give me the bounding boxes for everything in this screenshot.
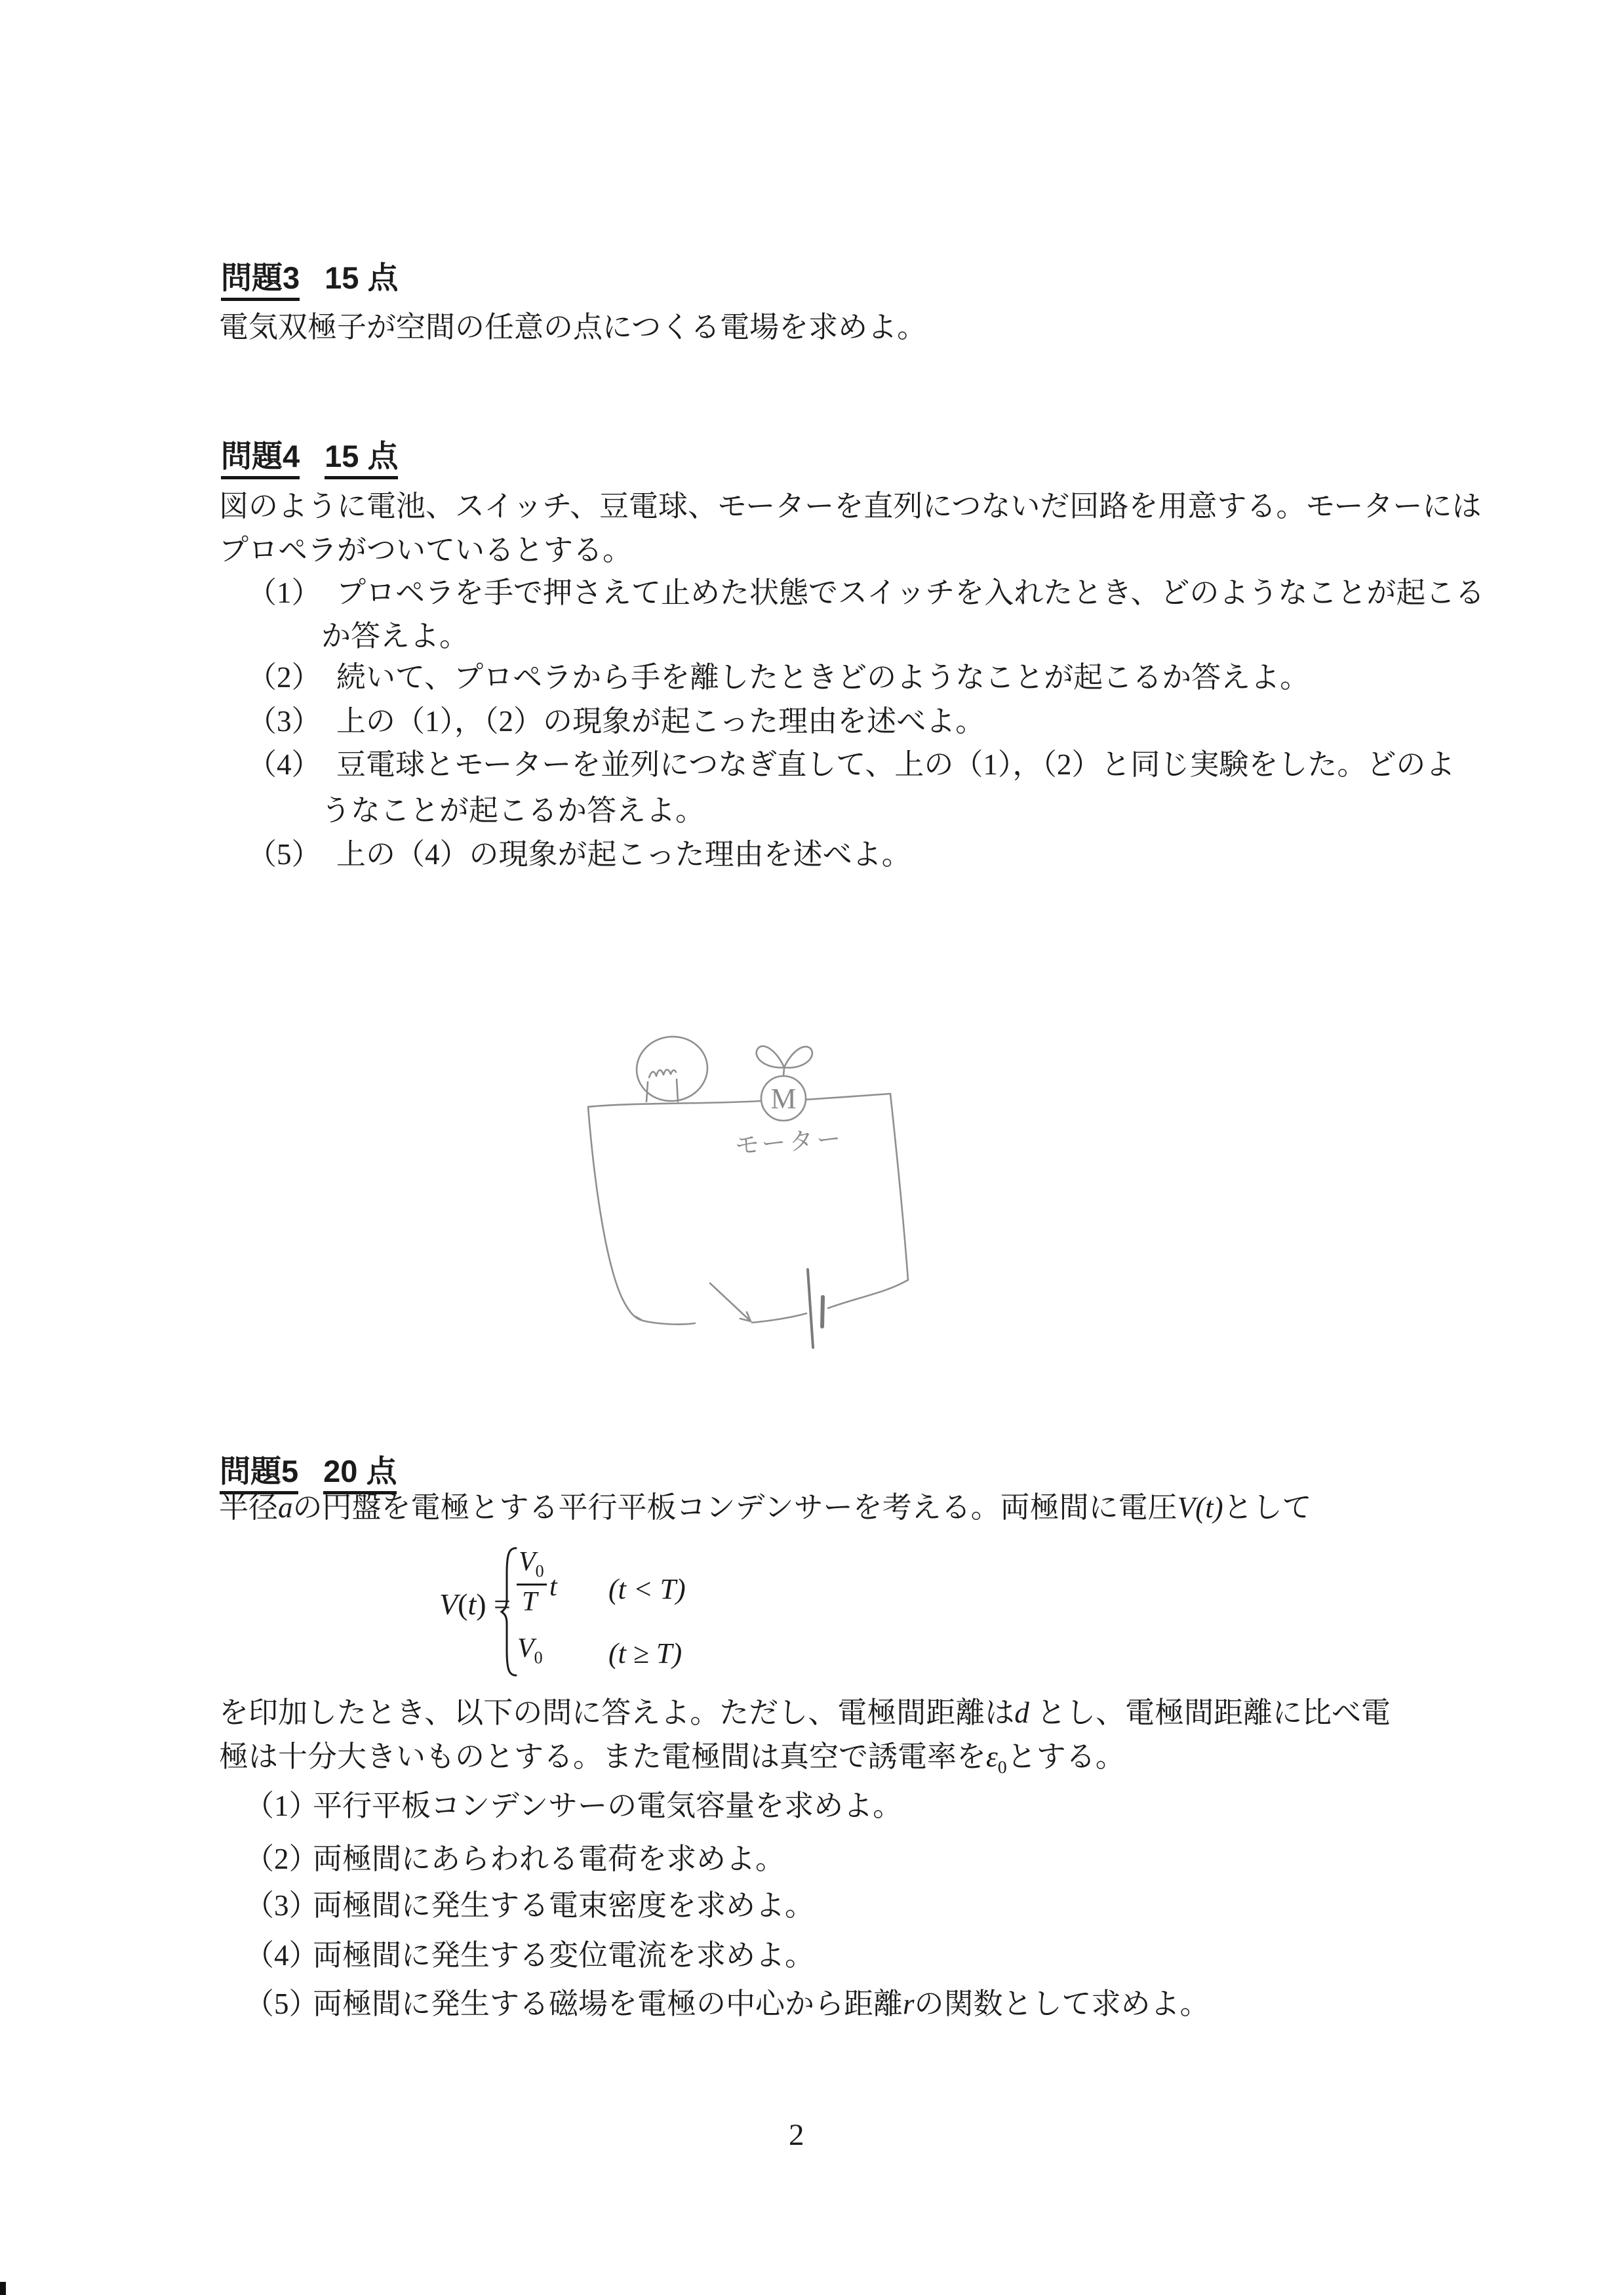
body-text: とし、電極間距離に比べ電 xyxy=(1029,1696,1391,1729)
body-text: 極は十分大きいものとする。また電極間は真空で誘電率を xyxy=(219,1740,986,1773)
item-text: 上の（4）の現象が起こった理由を述べよ。 xyxy=(336,838,911,871)
problem4-item-1-cont: か答えよ。 xyxy=(321,619,469,654)
formula-condition-2: (t ≥ T) xyxy=(608,1637,682,1670)
problem4-item-3: （3）上の（1），（2）の現象が起こった理由を述べよ。 xyxy=(247,704,985,739)
item-number: （4） xyxy=(245,1938,313,1973)
problem5-after-line1: を印加したとき、以下の問に答えよ。ただし、電極間距離はd とし、電極間距離に比べ… xyxy=(219,1696,1391,1730)
body-text: とする。 xyxy=(1007,1740,1125,1773)
problem4-header: 問題415 点 xyxy=(221,439,398,479)
var-r: r xyxy=(903,1987,915,2020)
problem5-item-4: （4）両極間に発生する変位電流を求めよ。 xyxy=(245,1938,814,1973)
intro-text: として xyxy=(1223,1491,1312,1524)
propeller-stem xyxy=(783,1068,784,1076)
var-a: a xyxy=(278,1491,293,1524)
bulb-filament-icon xyxy=(649,1069,676,1077)
circuit-diagram: M モーター xyxy=(557,1003,1016,1397)
problem5-after-line2: 極は十分大きいものとする。また電極間は真空で誘電率をε0とする。 xyxy=(219,1740,1125,1779)
problem3-points: 15 点 xyxy=(325,260,398,295)
problem5-points: 20 点 xyxy=(323,1454,397,1494)
wire-bottom-left xyxy=(636,1317,695,1325)
wire-top-right xyxy=(806,1094,890,1100)
problem5-item-1: （1）平行平板コンデンサーの電気容量を求めよ。 xyxy=(245,1789,902,1824)
wire-right xyxy=(890,1094,908,1280)
motor-label: モーター xyxy=(734,1125,845,1160)
problem5-header: 問題520 点 xyxy=(220,1454,397,1494)
formula-fraction-numerator: V0 xyxy=(519,1546,544,1581)
wire-top-left xyxy=(588,1101,761,1107)
battery-long-plate xyxy=(808,1269,813,1347)
formula-case2-value: V0 xyxy=(517,1633,543,1667)
item-text: 両極間に発生する磁場を電極の中心から距離 xyxy=(313,1987,903,2020)
wire-bottom-right xyxy=(828,1280,908,1308)
curly-brace-icon xyxy=(500,1546,519,1677)
problem4-title: 問題4 xyxy=(221,439,300,479)
problem4-item-5: （5）上の（4）の現象が起こった理由を述べよ。 xyxy=(247,837,911,872)
scan-artifact xyxy=(0,2282,6,2295)
wire-battery-to-switch xyxy=(752,1313,806,1323)
problem5-item-5: （5）両極間に発生する磁場を電極の中心から距離rの関数として求めよ。 xyxy=(245,1987,1210,2022)
body-text: を印加したとき、以下の問に答えよ。ただし、電極間距離は xyxy=(219,1696,1014,1729)
intro-text: の円盤を電極とする平行平板コンデンサーを考える。両極間に電圧 xyxy=(293,1491,1178,1524)
item-text: 続いて、プロペラから手を離したときどのようなことが起こるか答えよ。 xyxy=(336,661,1309,694)
switch-blade-icon xyxy=(710,1283,751,1321)
item-number: （2） xyxy=(245,1842,313,1877)
problem4-item-1: （1）プロペラを手で押さえて止めた状態でスイッチを入れたとき、どのようなことが起… xyxy=(247,576,1484,610)
formula-fraction-bar xyxy=(517,1584,547,1586)
formula-multiplier-t: t xyxy=(549,1571,557,1603)
problem5-title: 問題5 xyxy=(220,1454,298,1494)
problem3-header: 問題315 点 xyxy=(221,261,398,301)
item-text: プロペラを手で押さえて止めた状態でスイッチを入れたとき、どのようなことが起こる xyxy=(336,576,1484,609)
item-text: 豆電球とモーターを並列につなぎ直して、上の（1），（2）と同じ実験をした。どのよ xyxy=(336,748,1455,781)
formula-fraction-denominator: T xyxy=(522,1586,537,1618)
propeller-left-blade xyxy=(757,1046,784,1068)
item-number: （1） xyxy=(247,576,336,610)
item-number: （5） xyxy=(245,1987,313,2022)
problem3-body: 電気双極子が空間の任意の点につくる電場を求めよ。 xyxy=(219,310,926,345)
wire-left xyxy=(588,1107,641,1320)
motor-symbol: M xyxy=(770,1083,796,1115)
epsilon-subscript: 0 xyxy=(998,1757,1007,1778)
var-vt: V(t) xyxy=(1178,1491,1223,1524)
item-number: （5） xyxy=(247,837,336,872)
item-number: （4） xyxy=(247,748,336,782)
problem4-item-2: （2）続いて、プロペラから手を離したときどのようなことが起こるか答えよ。 xyxy=(247,660,1309,695)
var-epsilon: ε xyxy=(986,1740,998,1773)
bulb-icon xyxy=(633,1033,711,1105)
formula-condition-1: (t < T) xyxy=(608,1572,686,1606)
item-text: 上の（1），（2）の現象が起こった理由を述べよ。 xyxy=(336,705,985,738)
problem4-intro-line1: 図のように電池、スイッチ、豆電球、モーターを直列につないだ回路を用意する。モータ… xyxy=(219,489,1482,524)
problem3-title: 問題3 xyxy=(221,261,300,301)
item-number: （3） xyxy=(247,704,336,739)
item-number: （3） xyxy=(245,1888,313,1923)
bulb-leads xyxy=(646,1079,678,1102)
item-text: 両極間に発生する電束密度を求めよ。 xyxy=(313,1889,814,1922)
scanned-exam-page: 問題315 点 電気双極子が空間の任意の点につくる電場を求めよ。 問題415 点… xyxy=(0,0,1624,2295)
item-text: 両極間にあらわれる電荷を求めよ。 xyxy=(313,1843,785,1875)
problem5-item-3: （3）両極間に発生する電束密度を求めよ。 xyxy=(245,1888,814,1923)
item-text: 平行平板コンデンサーの電気容量を求めよ。 xyxy=(313,1789,902,1822)
problem5-intro: 半径aの円盤を電極とする平行平板コンデンサーを考える。両極間に電圧V(t)として xyxy=(219,1490,1312,1525)
battery-short-plate xyxy=(822,1297,823,1327)
var-d: d xyxy=(1014,1696,1029,1729)
intro-text: 半径 xyxy=(219,1491,278,1524)
item-number: （2） xyxy=(247,660,336,695)
problem5-item-2: （2）両極間にあらわれる電荷を求めよ。 xyxy=(245,1842,785,1877)
item-text: 両極間に発生する変位電流を求めよ。 xyxy=(313,1939,814,1972)
page-number: 2 xyxy=(789,2117,804,2153)
problem4-points: 15 点 xyxy=(325,439,398,479)
voltage-formula: V(t) = V0 T t (t < T) V0 (t ≥ T) xyxy=(433,1546,734,1684)
item-number: （1） xyxy=(245,1789,313,1824)
propeller-right-blade xyxy=(784,1047,812,1068)
problem4-intro-line2: プロペラがついているとする。 xyxy=(219,533,632,568)
problem4-item-4-cont: うなことが起こるか答えよ。 xyxy=(321,793,705,828)
problem4-item-4: （4）豆電球とモーターを並列につなぎ直して、上の（1），（2）と同じ実験をした。… xyxy=(247,748,1455,782)
